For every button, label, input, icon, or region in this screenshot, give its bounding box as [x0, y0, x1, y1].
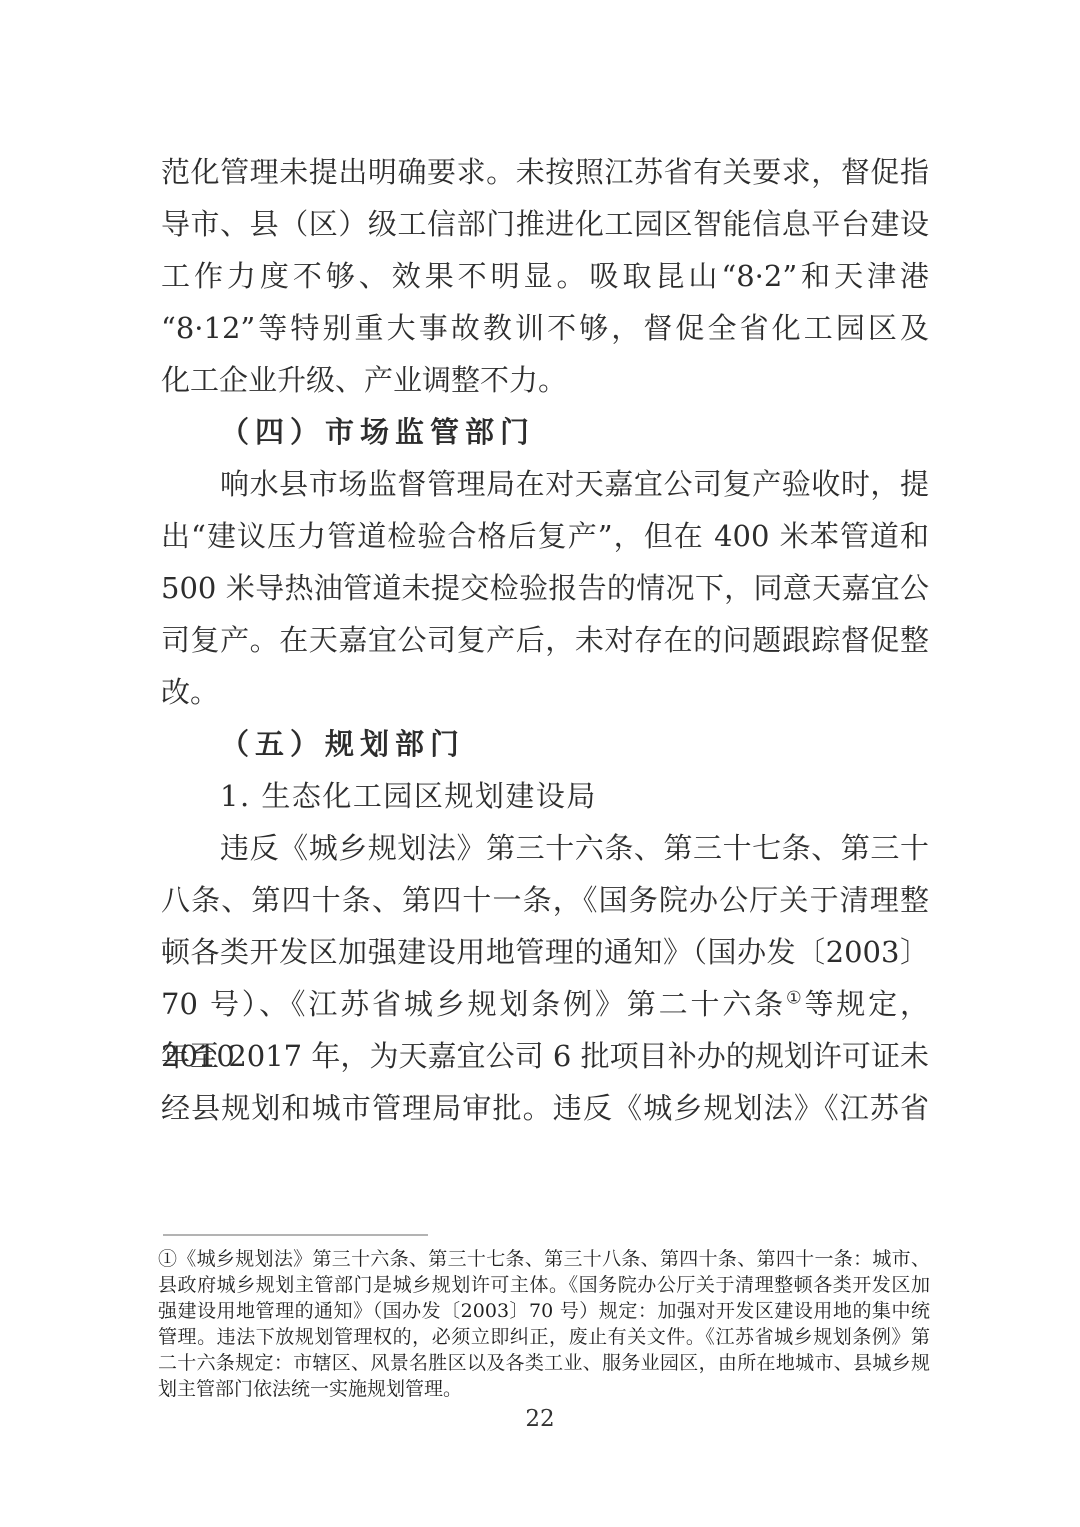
- text-line: 顿各类开发区加强建设用地管理的通知》（国办发〔2003〕: [161, 926, 929, 978]
- footnote-line: ①《城乡规划法》第三十六条、第三十七条、第三十八条、第四十条、第四十一条：城市、: [158, 1246, 930, 1272]
- footnotes: ①《城乡规划法》第三十六条、第三十七条、第三十八条、第四十条、第四十一条：城市、…: [158, 1246, 930, 1402]
- footnote-line: 二十六条规定：市辖区、风景名胜区以及各类工业、服务业园区，由所在地城市、县城乡规: [158, 1350, 930, 1376]
- text-line: 八条、第四十条、第四十一条，《国务院办公厅关于清理整: [161, 874, 929, 926]
- text-line: 500 米导热油管道未提交检验报告的情况下，同意天嘉宜公: [161, 562, 929, 614]
- footnote-line: 强建设用地管理的通知》（国办发〔2003〕70 号）规定：加强对开发区建设用地的…: [158, 1298, 930, 1324]
- text-line: “8·12”等特别重大事故教训不够，督促全省化工园区及: [161, 302, 929, 354]
- page-number: 22: [0, 1406, 1080, 1432]
- footnote-line: 县政府城乡规划主管部门是城乡规划许可主体。《国务院办公厅关于清理整顿各类开发区加: [158, 1272, 930, 1298]
- text-line: 年至 2017 年，为天嘉宜公司 6 批项目补办的规划许可证未: [161, 1030, 929, 1082]
- document-page: 范化管理未提出明确要求。未按照江苏省有关要求，督促指导市、县（区）级工信部门推进…: [0, 0, 1080, 1527]
- body-text: 范化管理未提出明确要求。未按照江苏省有关要求，督促指导市、县（区）级工信部门推进…: [161, 146, 929, 1134]
- text-line: 70 号）、《江苏省城乡规划条例》第二十六条①等规定，2010: [161, 978, 929, 1030]
- text-line: 出“建议压力管道检验合格后复产”，但在 400 米苯管道和: [161, 510, 929, 562]
- text-segment: 70 号）、《江苏省城乡规划条例》第二十六条: [161, 987, 786, 1021]
- text-line: 导市、县（区）级工信部门推进化工园区智能信息平台建设: [161, 198, 929, 250]
- text-line: 经县规划和城市管理局审批。违反《城乡规划法》《江苏省: [161, 1082, 929, 1134]
- text-line: 改。: [161, 666, 929, 718]
- footnote-ref-marker: ①: [786, 988, 804, 1008]
- text-line: 化工企业升级、产业调整不力。: [161, 354, 929, 406]
- text-line: 司复产。在天嘉宜公司复产后，未对存在的问题跟踪督促整: [161, 614, 929, 666]
- text-line: 工作力度不够、效果不明显。吸取昆山“8·2”和天津港: [161, 250, 929, 302]
- footnote-line: 管理。违法下放规划管理权的，必须立即纠正，废止有关文件。《江苏省城乡规划条例》第: [158, 1324, 930, 1350]
- text-line: 违反《城乡规划法》第三十六条、第三十七条、第三十: [161, 822, 929, 874]
- text-line: 范化管理未提出明确要求。未按照江苏省有关要求，督促指: [161, 146, 929, 198]
- section-heading: （五）规划部门: [161, 718, 929, 770]
- section-heading: （四）市场监管部门: [161, 406, 929, 458]
- sub-heading: 1. 生态化工园区规划建设局: [161, 770, 929, 822]
- footnote-line: 划主管部门依法统一实施规划管理。: [158, 1376, 930, 1402]
- text-line: 响水县市场监督管理局在对天嘉宜公司复产验收时，提: [161, 458, 929, 510]
- footnote-separator: [163, 1234, 428, 1236]
